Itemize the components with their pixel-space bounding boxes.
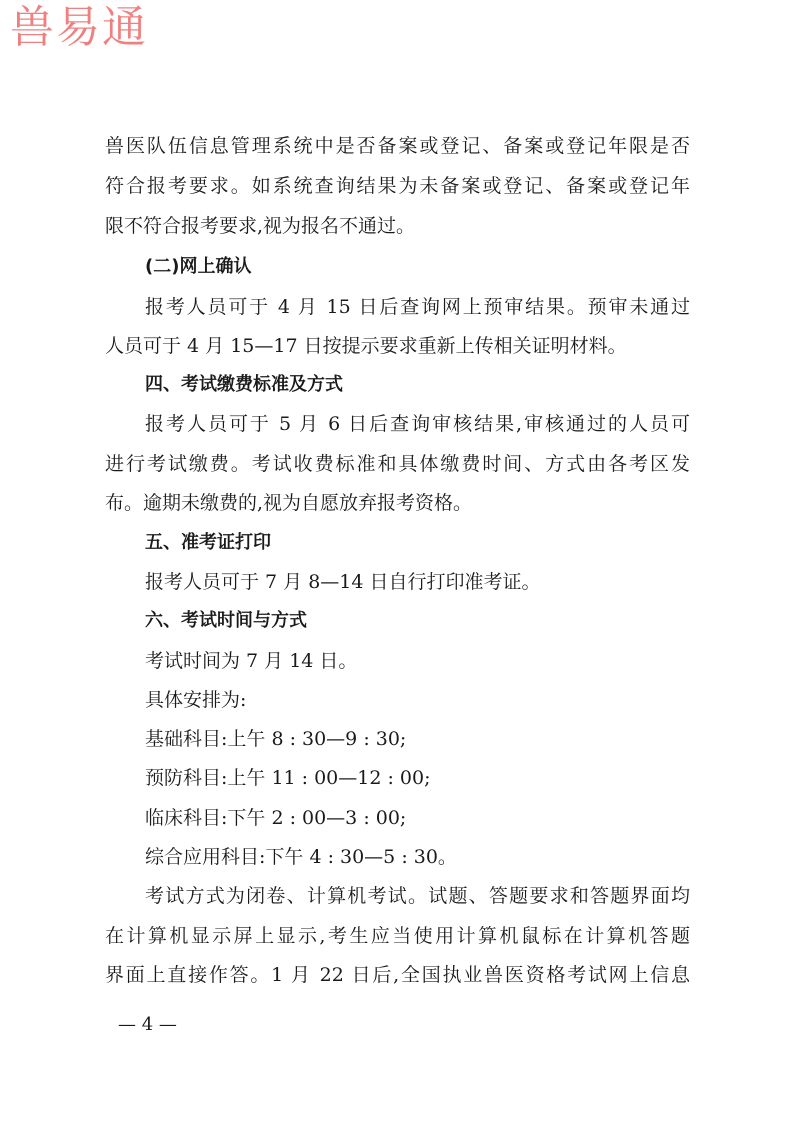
paragraph-line: 预防科目:上午 11 : 00—12 : 00; xyxy=(145,766,431,790)
page-number: — 4 — xyxy=(118,1013,177,1037)
paragraph-line: 界面上直接作答。1 月 22 日后,全国执业兽医资格考试网上信息 xyxy=(105,963,690,987)
paragraph-line: 符合报考要求。如系统查询结果为未备案或登记、备案或登记年 xyxy=(105,174,690,198)
paragraph-line: 布。逾期未缴费的,视为自愿放弃报考资格。 xyxy=(105,491,472,515)
paragraph-line: 进行考试缴费。考试收费标准和具体缴费时间、方式由各考区发 xyxy=(105,452,690,476)
paragraph-line: 考试时间为 7 月 14 日。 xyxy=(145,649,357,673)
paragraph-line: 综合应用科目:下午 4 : 30—5 : 30。 xyxy=(145,845,457,869)
paragraph-line: 报考人员可于 5 月 6 日后查询审核结果,审核通过的人员可 xyxy=(145,412,690,436)
section-heading: 四、考试缴费标准及方式 xyxy=(145,373,343,397)
paragraph-line: 具体安排为: xyxy=(145,688,246,712)
watermark-logo: 兽易通 xyxy=(10,2,148,54)
paragraph-line: 限不符合报考要求,视为报名不通过。 xyxy=(105,214,415,238)
paragraph-line: 考试方式为闭卷、计算机考试。试题、答题要求和答题界面均 xyxy=(145,884,690,908)
paragraph-line: 人员可于 4 月 15—17 日按提示要求重新上传相关证明材料。 xyxy=(105,334,627,358)
paragraph-line: 在计算机显示屏上显示,考生应当使用计算机鼠标在计算机答题 xyxy=(105,924,690,948)
paragraph-line: 基础科目:上午 8 : 30—9 : 30; xyxy=(145,727,406,751)
paragraph-line: 临床科目:下午 2 : 00—3 : 00; xyxy=(145,806,406,830)
section-heading: (二)网上确认 xyxy=(145,255,251,279)
paragraph-line: 兽医队伍信息管理系统中是否备案或登记、备案或登记年限是否 xyxy=(105,134,690,158)
paragraph-line: 报考人员可于 7 月 8—14 日自行打印准考证。 xyxy=(145,570,541,594)
section-heading: 五、准考证打印 xyxy=(145,531,271,555)
paragraph-line: 报考人员可于 4 月 15 日后查询网上预审结果。预审未通过 xyxy=(145,295,690,319)
section-heading: 六、考试时间与方式 xyxy=(145,609,307,633)
